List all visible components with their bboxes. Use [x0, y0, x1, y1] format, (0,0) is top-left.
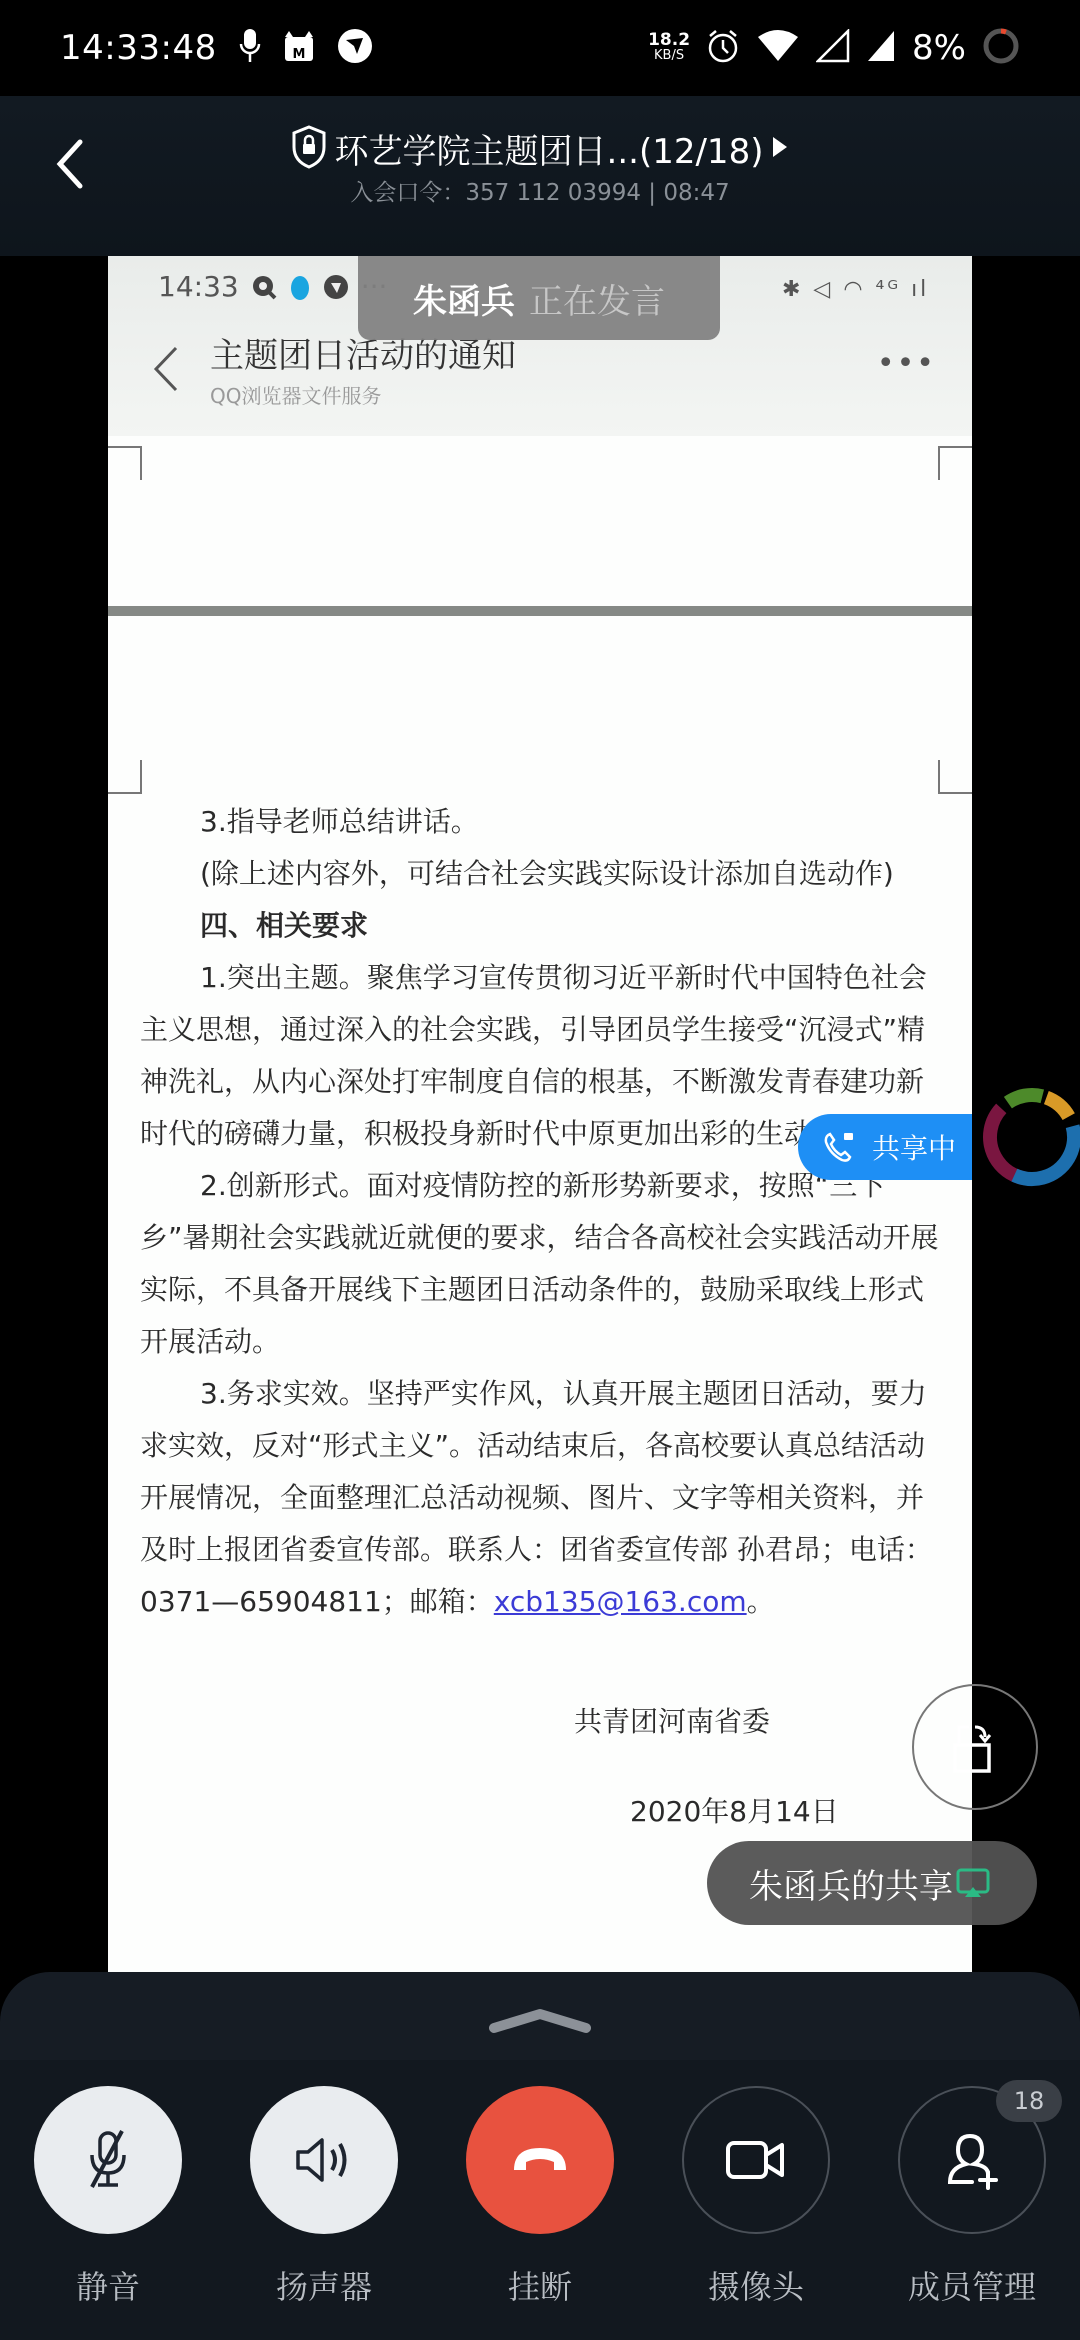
shared-doc-more-icon: ••• [877, 346, 936, 381]
member-management-button[interactable]: 18 成员管理 [864, 2086, 1080, 2308]
shared-doc-statusbar: 14:33 ··· [158, 270, 387, 303]
mute-label: 静音 [76, 2262, 140, 2308]
mute-button-circle[interactable] [34, 2086, 182, 2234]
svg-text:M: M [292, 47, 305, 62]
shared-doc-back-icon [150, 344, 180, 398]
status-bar: 14:33:48 M 18.2 KB/S 8% [0, 0, 1080, 96]
signal-empty-icon [816, 29, 850, 67]
speaker-label: 扬声器 [276, 2262, 372, 2308]
net-speed-unit: KB/S [648, 48, 690, 64]
speaker-status: 正在发言 [529, 274, 665, 323]
hangup-button-circle[interactable] [466, 2086, 614, 2234]
doc-contact-text: 3.务求实效。坚持严实作风，认真开展主题团日活动，要力求实效，反对“形式主义”。… [140, 1377, 933, 1618]
member-count-badge: 18 [996, 2080, 1062, 2122]
page-corner-mark [938, 760, 972, 794]
doc-punct: 。 [747, 1585, 775, 1618]
speaker-button[interactable]: 扬声器 [216, 2086, 432, 2308]
call-controls: 静音 扬声器 挂断 摄像头 18 成员管理 [0, 2086, 1080, 2308]
status-time: 14:33:48 [60, 28, 217, 68]
doc-paragraph: 2.创新形式。面对疫情防控的新形势新要求，按照“三下乡”暑期社会实践就近就便的要… [140, 1160, 940, 1368]
rotate-screen-button[interactable] [912, 1684, 1038, 1810]
meeting-header: 环艺学院主题团日...(12/18) 入会口令：357 112 03994 | … [0, 96, 1080, 256]
mic-off-icon [78, 2125, 138, 2195]
document-body: 3.指导老师总结讲话。 (除上述内容外，可结合社会实践实际设计添加自选动作) 四… [140, 796, 940, 1628]
expand-panel-handle[interactable] [486, 2006, 594, 2036]
wifi-icon [756, 29, 800, 67]
doc-heading: 四、相关要求 [140, 900, 940, 952]
signature-date: 2020年8月14日 [630, 1790, 972, 1830]
camera-label: 摄像头 [708, 2262, 804, 2308]
page-separator [108, 606, 972, 616]
meeting-passcode-duration: 入会口令：357 112 03994 | 08:47 [0, 174, 1080, 207]
app-notification-icon: M [283, 29, 315, 67]
qq-browser-icon [251, 274, 277, 300]
loading-spinner-icon [972, 1082, 1080, 1192]
shared-doc-status-icons: ✱ ◁ ◠ ⁴ᴳ ıl ▮ [782, 274, 932, 306]
shield-lock-icon [291, 125, 327, 173]
meeting-title: 环艺学院主题团日...(12/18) [335, 124, 764, 173]
app-bird-icon [337, 28, 373, 68]
alarm-icon [706, 28, 740, 68]
signal-icon [866, 29, 896, 67]
hangup-button[interactable]: 挂断 [432, 2086, 648, 2308]
share-owner-label: 朱函兵的共享 [749, 1859, 953, 1908]
meeting-title-row[interactable]: 环艺学院主题团日...(12/18) [0, 124, 1080, 173]
svg-text:✱ ◁ ◠ ⁴ᴳ ıl ▮: ✱ ◁ ◠ ⁴ᴳ ıl ▮ [782, 277, 932, 300]
speaker-button-circle[interactable] [250, 2086, 398, 2234]
add-member-icon [940, 2128, 1004, 2192]
page-corner-mark [108, 446, 142, 480]
member-management-label: 成员管理 [908, 2262, 1036, 2308]
doc-paragraph: (除上述内容外，可结合社会实践实际设计添加自选动作) [140, 848, 940, 900]
net-speed-value: 18.2 [648, 30, 690, 50]
email-link[interactable]: xcb135@163.com [494, 1585, 747, 1618]
shared-doc-status-time: 14:33 [158, 270, 239, 303]
app-circle-icon [323, 274, 349, 300]
qq-penguin-icon [289, 273, 311, 301]
speaker-name: 朱函兵 [413, 274, 515, 323]
shared-doc-subtitle: QQ浏览器文件服务 [210, 380, 381, 409]
shared-screen-area[interactable]: 14:33 ··· ✱ ◁ ◠ ⁴ᴳ ıl ▮ 主题团日活动的通知 QQ浏览器文… [0, 256, 1080, 1972]
hangup-label: 挂断 [508, 2262, 572, 2308]
doc-paragraph: 3.指导老师总结讲话。 [140, 796, 940, 848]
speaking-indicator-toast: 朱函兵 正在发言 [358, 256, 720, 340]
mute-button[interactable]: 静音 [0, 2086, 216, 2308]
microphone-icon [239, 28, 261, 68]
battery-percent: 8% [912, 28, 966, 68]
camera-button-circle[interactable] [682, 2086, 830, 2234]
hangup-icon [508, 2140, 572, 2180]
play-triangle-icon [771, 135, 789, 163]
camera-icon [724, 2137, 788, 2183]
chevron-up-icon [486, 2006, 594, 2036]
speaker-icon [292, 2132, 356, 2188]
screen-cast-icon [955, 1867, 991, 1899]
share-owner-pill[interactable]: 朱函兵的共享 [707, 1841, 1037, 1925]
camera-button[interactable]: 摄像头 [648, 2086, 864, 2308]
sharing-status-label: 共享中 [872, 1127, 956, 1167]
sharing-status-pill[interactable]: 共享中 [798, 1114, 972, 1180]
page-corner-mark [108, 760, 142, 794]
rotate-icon [945, 1717, 1005, 1777]
network-speed: 18.2 KB/S [648, 32, 690, 64]
battery-ring-icon [982, 27, 1020, 69]
phone-share-icon [822, 1130, 856, 1164]
doc-paragraph-contact: 3.务求实效。坚持严实作风，认真开展主题团日活动，要力求实效，反对“形式主义”。… [140, 1368, 940, 1628]
page-corner-mark [938, 446, 972, 480]
